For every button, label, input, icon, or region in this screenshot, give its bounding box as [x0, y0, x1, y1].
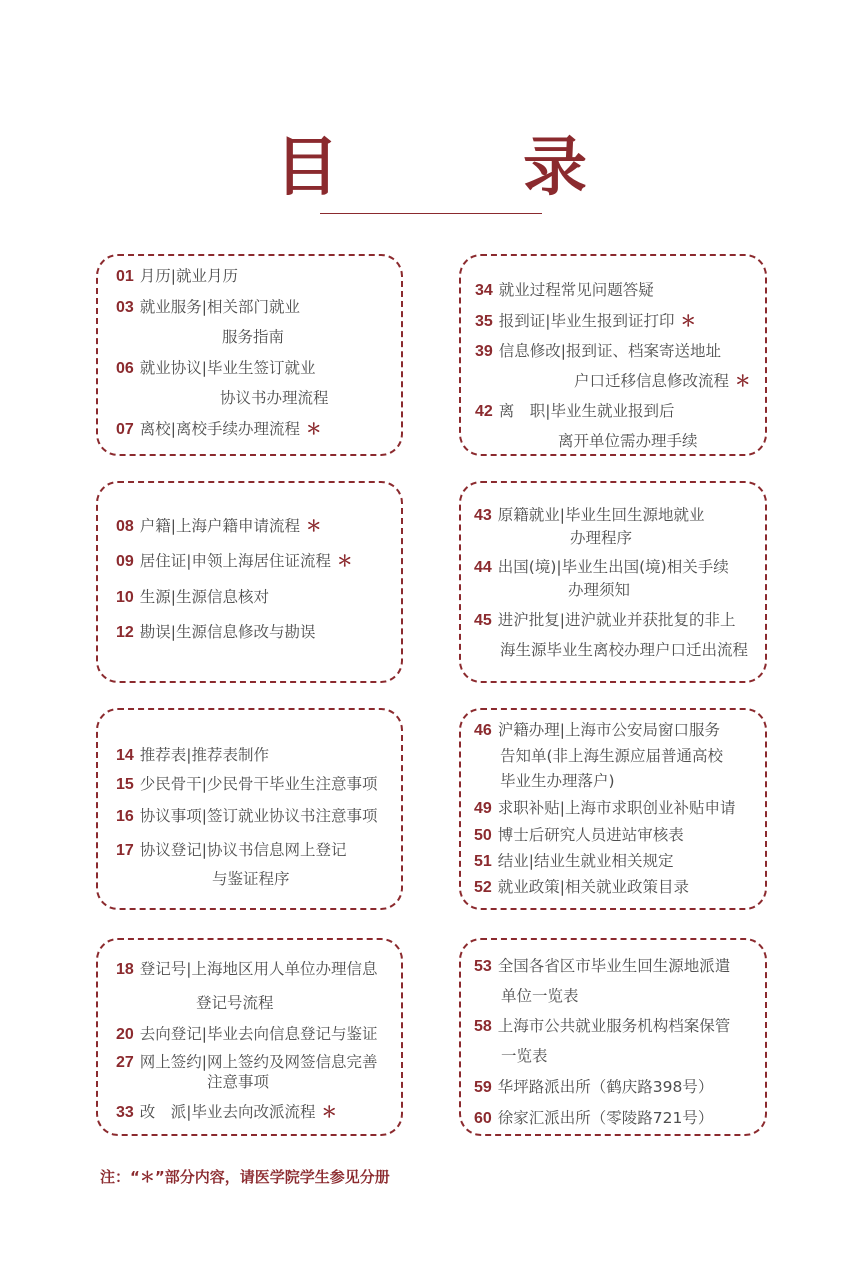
toc-entry[interactable]: 17协议登记|协议书信息网上登记: [116, 840, 347, 861]
page-number: 35: [475, 313, 493, 330]
entry-continuation: 离开单位需办理手续: [558, 431, 698, 451]
toc-entry[interactable]: 10生源|生源信息核对: [116, 587, 269, 608]
page-number: 52: [474, 879, 492, 896]
entry-text: 登记号|上海地区用人单位办理信息: [140, 960, 378, 978]
page-number: 59: [474, 1079, 492, 1096]
entry-continuation: 注意事项: [207, 1072, 269, 1092]
toc-entry[interactable]: 33改 派|毕业去向改派流程＊: [116, 1102, 337, 1123]
toc-entry[interactable]: 07离校|离校手续办理流程＊: [116, 419, 322, 440]
toc-entry[interactable]: 12勘误|生源信息修改与勘误: [116, 622, 316, 643]
toc-entry[interactable]: 18登记号|上海地区用人单位办理信息: [116, 959, 378, 980]
entry-text: 离 职|毕业生就业报到后: [499, 402, 675, 420]
page-number: 27: [116, 1054, 134, 1071]
entry-continuation: 办理程序: [570, 528, 632, 548]
toc-entry[interactable]: 60徐家汇派出所（零陵路721号）: [474, 1108, 713, 1129]
entry-text: 生源|生源信息核对: [140, 588, 269, 606]
asterisk-mark: ＊: [322, 1103, 338, 1121]
toc-entry[interactable]: 35报到证|毕业生报到证打印＊: [475, 311, 696, 332]
toc-entry[interactable]: 15少民骨干|少民骨干毕业生注意事项: [116, 774, 378, 795]
entry-text: 就业过程常见问题答疑: [499, 281, 654, 299]
entry-continuation: 服务指南: [222, 327, 284, 347]
entry-text: 结业|结业生就业相关规定: [498, 852, 674, 870]
asterisk-mark: ＊: [681, 312, 697, 330]
toc-entry[interactable]: 39信息修改|报到证、档案寄送地址: [475, 341, 721, 362]
toc-box-3: [96, 481, 403, 683]
toc-entry[interactable]: 43原籍就业|毕业生回生源地就业: [474, 505, 705, 526]
page-number: 17: [116, 842, 134, 859]
entry-text: 推荐表|推荐表制作: [140, 746, 269, 764]
page-number: 18: [116, 961, 134, 978]
entry-continuation: 单位一览表: [501, 986, 579, 1006]
entry-continuation: 海生源毕业生离校办理户口迁出流程: [500, 640, 748, 660]
entry-continuation: 登记号流程: [196, 993, 274, 1013]
toc-entry[interactable]: 49求职补贴|上海市求职创业补贴申请: [474, 798, 736, 819]
page-number: 49: [474, 800, 492, 817]
toc-entry[interactable]: 20去向登记|毕业去向信息登记与鉴证: [116, 1024, 378, 1045]
entry-text: 信息修改|报到证、档案寄送地址: [499, 342, 721, 360]
page-number: 01: [116, 268, 134, 285]
page-number: 58: [474, 1018, 492, 1035]
toc-entry[interactable]: 08户籍|上海户籍申请流程＊: [116, 516, 322, 537]
toc-entry[interactable]: 58上海市公共就业服务机构档案保管: [474, 1016, 730, 1037]
page-number: 33: [116, 1104, 134, 1121]
entry-text: 户籍|上海户籍申请流程: [140, 517, 300, 535]
page-title: 目 录: [0, 128, 862, 208]
page-number: 03: [116, 299, 134, 316]
entry-text: 协议事项|签订就业协议书注意事项: [140, 807, 378, 825]
toc-entry[interactable]: 46沪籍办理|上海市公安局窗口服务: [474, 720, 720, 741]
entry-text: 离校|离校手续办理流程: [140, 420, 300, 438]
toc-entry[interactable]: 14推荐表|推荐表制作: [116, 745, 269, 766]
entry-text: 报到证|毕业生报到证打印: [499, 312, 675, 330]
entry-text: 徐家汇派出所（零陵路721号）: [498, 1109, 714, 1127]
page-number: 08: [116, 518, 134, 535]
toc-entry[interactable]: 03就业服务|相关部门就业: [116, 297, 300, 318]
page-number: 39: [475, 343, 493, 360]
page-number: 20: [116, 1026, 134, 1043]
footnote: 注：“＊”部分内容，请医学院学生参见分册: [100, 1166, 390, 1187]
page-number: 07: [116, 421, 134, 438]
entry-text: 华坪路派出所（鹤庆路398号）: [498, 1078, 714, 1096]
page-number: 51: [474, 853, 492, 870]
entry-continuation: 告知单(非上海生源应届普通高校: [500, 746, 723, 766]
asterisk-mark: ＊: [306, 420, 322, 438]
toc-entry[interactable]: 44出国(境)|毕业生出国(境)相关手续: [474, 557, 729, 578]
entry-continuation: 协议书办理流程: [220, 388, 329, 408]
page-number: 42: [475, 403, 493, 420]
page-number: 09: [116, 553, 134, 570]
entry-text: 月历|就业月历: [140, 267, 238, 285]
entry-continuation: 与鉴证程序: [212, 869, 290, 889]
toc-entry[interactable]: 50博士后研究人员进站审核表: [474, 825, 684, 846]
asterisk-mark: ＊: [337, 552, 353, 570]
page-number: 60: [474, 1110, 492, 1127]
toc-entry[interactable]: 27网上签约|网上签约及网签信息完善: [116, 1052, 378, 1073]
entry-text: 就业政策|相关就业政策目录: [498, 878, 689, 896]
page-number: 16: [116, 808, 134, 825]
entry-text: 上海市公共就业服务机构档案保管: [498, 1017, 731, 1035]
entry-text: 进沪批复|进沪就业并获批复的非上: [498, 611, 736, 629]
page-number: 14: [116, 747, 134, 764]
page-number: 12: [116, 624, 134, 641]
page-number: 46: [474, 722, 492, 739]
entry-text: 沪籍办理|上海市公安局窗口服务: [498, 721, 720, 739]
entry-text: 勘误|生源信息修改与勘误: [140, 623, 316, 641]
entry-continuation: 户口迁移信息修改流程＊: [574, 371, 751, 391]
asterisk-mark: ＊: [735, 372, 751, 390]
page-number: 53: [474, 958, 492, 975]
page-number: 10: [116, 589, 134, 606]
entry-text: 全国各省区市毕业生回生源地派遣: [498, 957, 731, 975]
entry-text: 网上签约|网上签约及网签信息完善: [140, 1053, 378, 1071]
entry-continuation: 一览表: [501, 1046, 548, 1066]
page-number: 34: [475, 282, 493, 299]
page-number: 45: [474, 612, 492, 629]
entry-text: 改 派|毕业去向改派流程: [140, 1103, 316, 1121]
page-number: 50: [474, 827, 492, 844]
toc-entry[interactable]: 01月历|就业月历: [116, 266, 238, 287]
title-underline: [320, 213, 542, 214]
toc-entry[interactable]: 42离 职|毕业生就业报到后: [475, 401, 675, 422]
entry-text: 协议登记|协议书信息网上登记: [140, 841, 347, 859]
page-number: 15: [116, 776, 134, 793]
toc-entry[interactable]: 53全国各省区市毕业生回生源地派遣: [474, 956, 730, 977]
entry-text: 居住证|申领上海居住证流程: [140, 552, 331, 570]
entry-text: 原籍就业|毕业生回生源地就业: [498, 506, 705, 524]
entry-text: 就业协议|毕业生签订就业: [140, 359, 316, 377]
toc-entry[interactable]: 09居住证|申领上海居住证流程＊: [116, 551, 353, 572]
toc-entry[interactable]: 45进沪批复|进沪就业并获批复的非上: [474, 610, 736, 631]
asterisk-mark: ＊: [306, 517, 322, 535]
toc-entry[interactable]: 52就业政策|相关就业政策目录: [474, 877, 689, 898]
toc-entry[interactable]: 06就业协议|毕业生签订就业: [116, 358, 316, 379]
entry-continuation: 办理须知: [568, 580, 630, 600]
entry-text: 求职补贴|上海市求职创业补贴申请: [498, 799, 736, 817]
entry-text: 博士后研究人员进站审核表: [498, 826, 684, 844]
entry-text: 去向登记|毕业去向信息登记与鉴证: [140, 1025, 378, 1043]
entry-continuation: 毕业生办理落户): [500, 771, 615, 791]
page-number: 43: [474, 507, 492, 524]
toc-entry[interactable]: 34就业过程常见问题答疑: [475, 280, 654, 301]
toc-entry[interactable]: 51结业|结业生就业相关规定: [474, 851, 674, 872]
page-number: 06: [116, 360, 134, 377]
page-number: 44: [474, 559, 492, 576]
entry-text: 出国(境)|毕业生出国(境)相关手续: [498, 558, 729, 576]
entry-text: 就业服务|相关部门就业: [140, 298, 300, 316]
toc-entry[interactable]: 16协议事项|签订就业协议书注意事项: [116, 806, 378, 827]
entry-text: 少民骨干|少民骨干毕业生注意事项: [140, 775, 378, 793]
toc-entry[interactable]: 59华坪路派出所（鹤庆路398号）: [474, 1077, 713, 1098]
